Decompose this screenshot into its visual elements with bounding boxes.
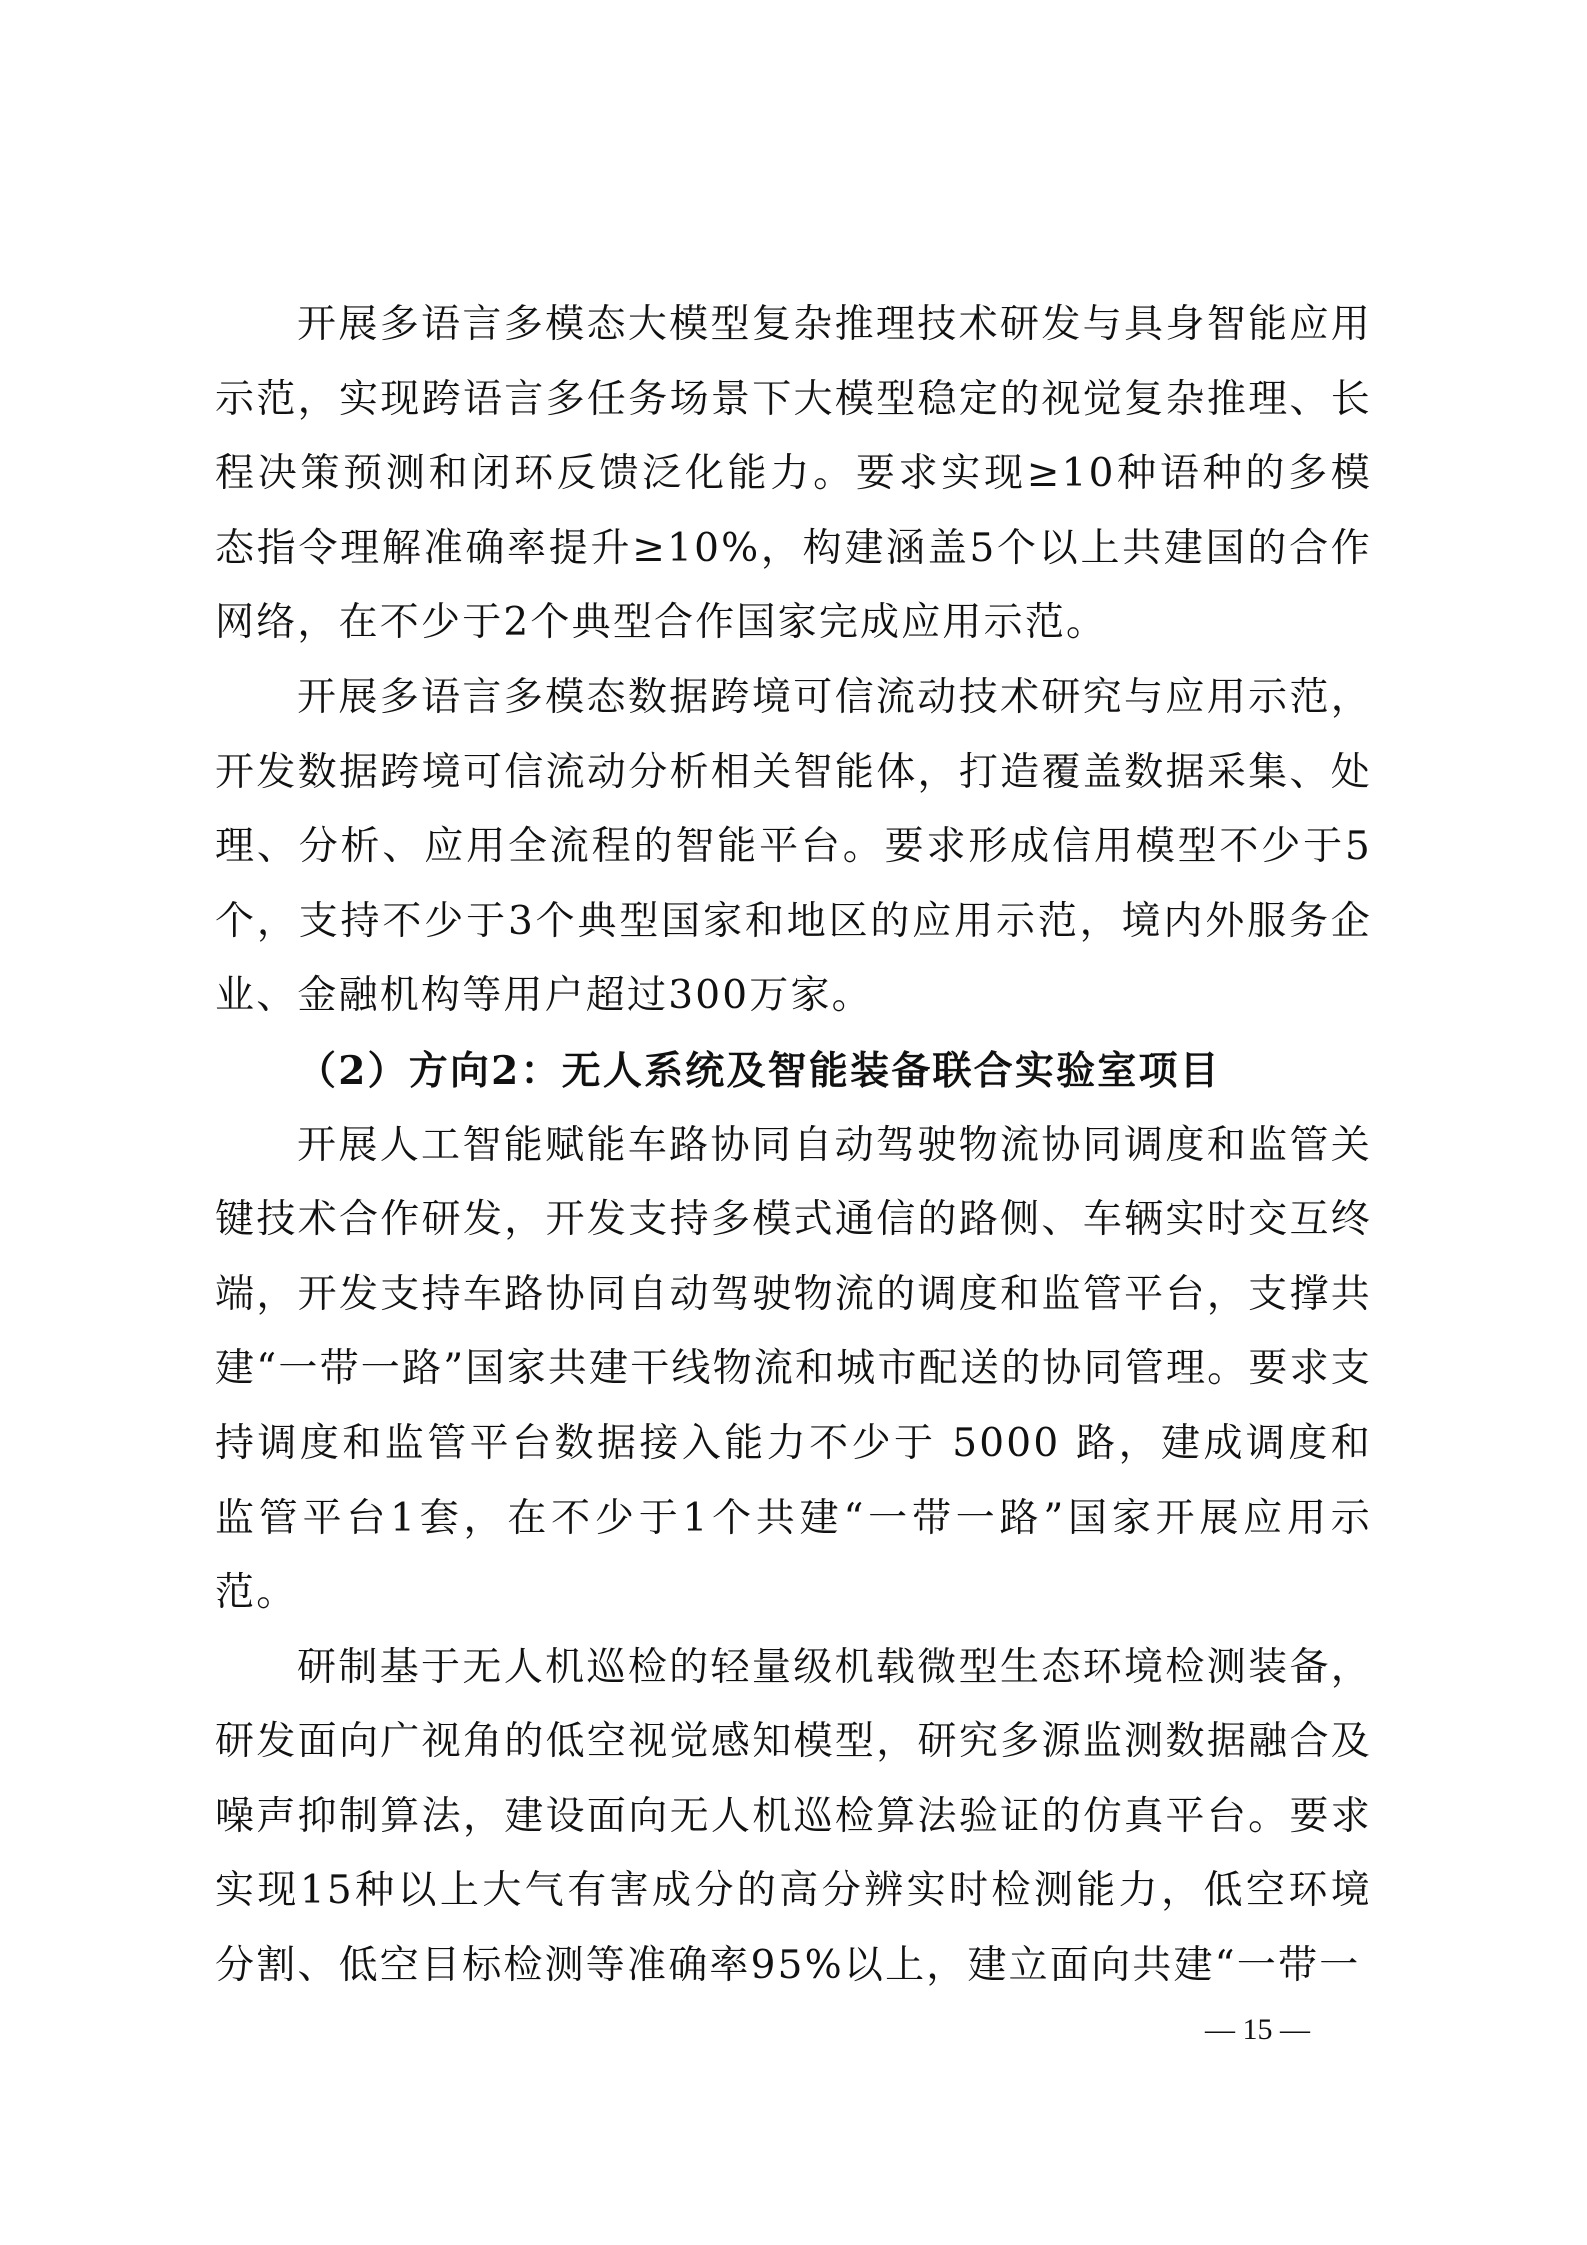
paragraph-drone-inspection: 研制基于无人机巡检的轻量级机载微型生态环境检测装备，研发面向广视角的低空视觉感知…	[215, 1631, 1372, 2004]
paragraph-cross-border-data: 开展多语言多模态数据跨境可信流动技术研究与应用示范，开发数据跨境可信流动分析相关…	[215, 661, 1372, 1034]
paragraph-vehicle-road-logistics: 开展人工智能赋能车路协同自动驾驶物流协同调度和监管关键技术合作研发，开发支持多模…	[215, 1109, 1372, 1631]
document-page: 开展多语言多模态大模型复杂推理技术研发与具身智能应用示范，实现跨语言多任务场景下…	[0, 0, 1587, 2245]
paragraph-multimodal-reasoning: 开展多语言多模态大模型复杂推理技术研发与具身智能应用示范，实现跨语言多任务场景下…	[215, 288, 1372, 661]
section-heading-direction-2: （2）方向2：无人系统及智能装备联合实验室项目	[215, 1034, 1372, 1109]
document-body: 开展多语言多模态大模型复杂推理技术研发与具身智能应用示范，实现跨语言多任务场景下…	[215, 288, 1372, 2004]
page-number: — 15 —	[1180, 2008, 1335, 2052]
